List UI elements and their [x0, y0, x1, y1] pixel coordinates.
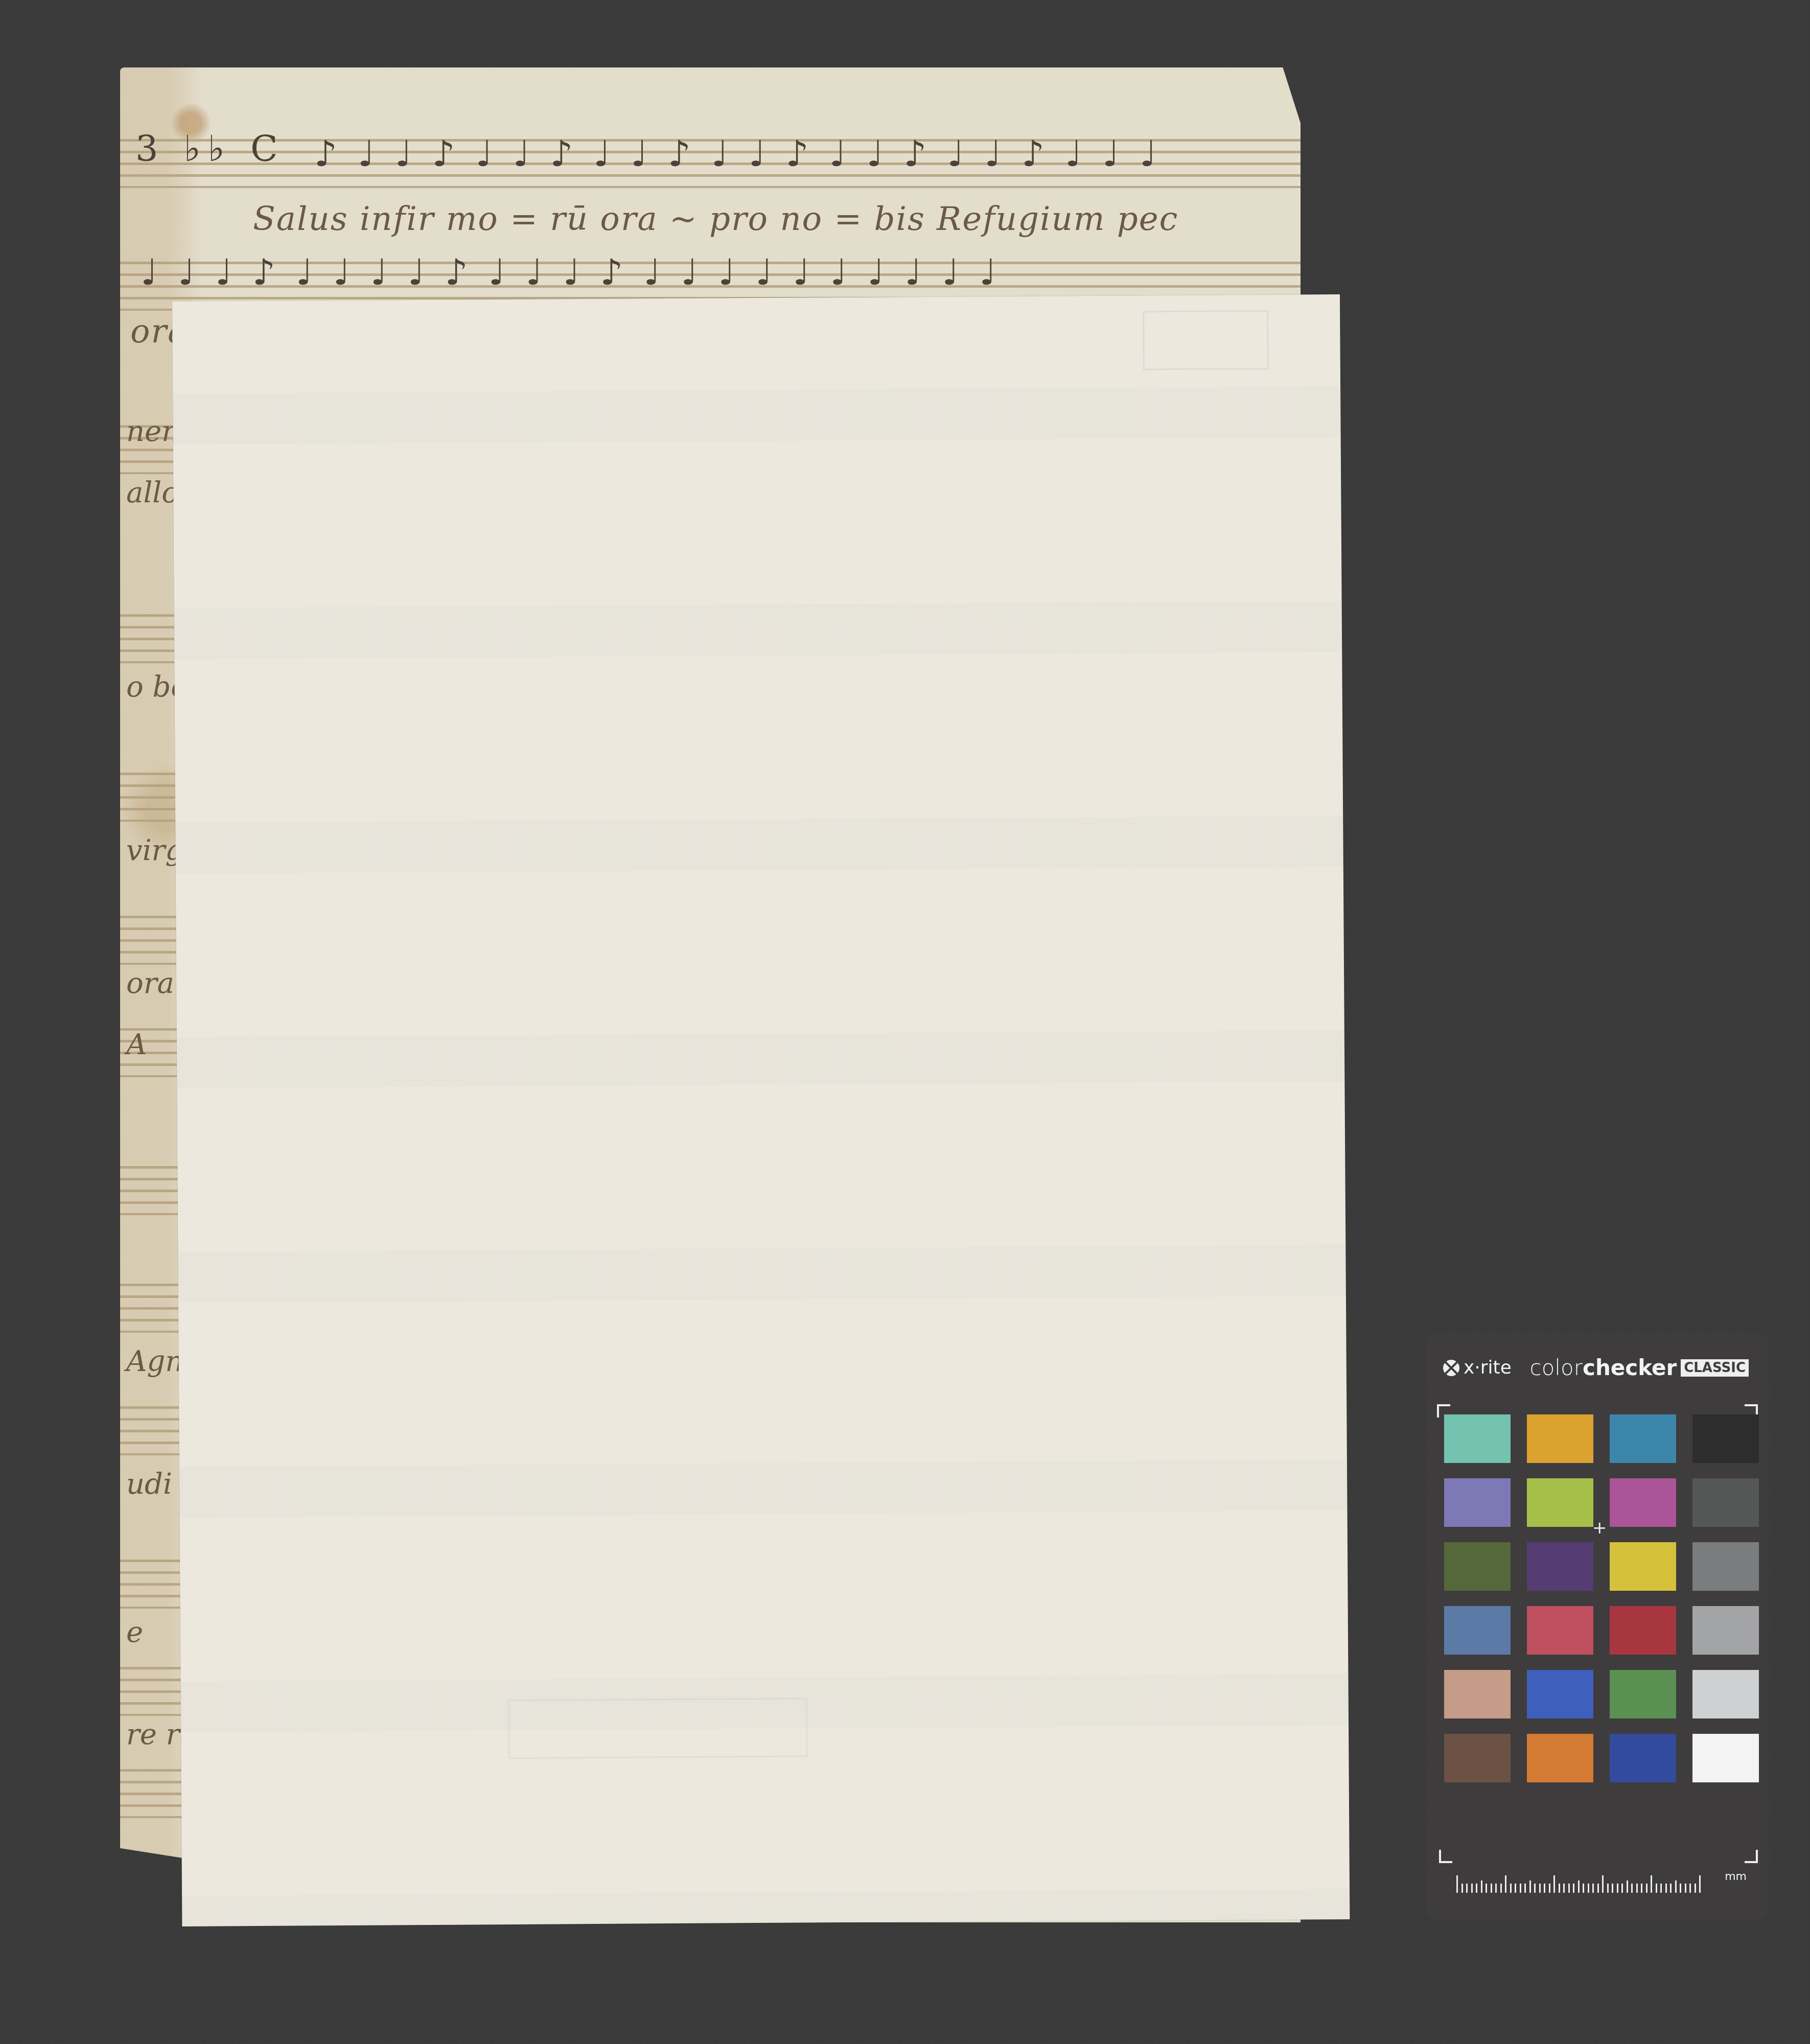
ruler-tick [1544, 1884, 1545, 1893]
ruler-tick [1651, 1875, 1652, 1893]
corner-mark-icon [1439, 1850, 1452, 1863]
ruler-tick [1491, 1884, 1492, 1893]
brand-logo: x·rite [1443, 1357, 1512, 1378]
ruler-unit: mm [1725, 1870, 1747, 1883]
color-patch-foliage [1444, 1542, 1511, 1591]
note-row: ♪♩♩♪♩♩♪♩♩♪♩♩♪♩♩♪♩♩♪♩♩♩ [314, 133, 1177, 175]
ruler-tick [1602, 1875, 1604, 1893]
product-name-light: color [1530, 1355, 1583, 1380]
ruler-tick [1559, 1884, 1560, 1893]
ruler-tick [1636, 1884, 1638, 1893]
blank-overlay-sheet [172, 294, 1350, 1926]
ruler-tick [1597, 1884, 1599, 1893]
color-patch-purple [1527, 1542, 1593, 1591]
ruler-tick [1583, 1884, 1584, 1893]
product-badge: CLASSIC [1681, 1359, 1749, 1377]
show-through-stamp [1143, 310, 1269, 370]
color-patch-yellow-green [1527, 1478, 1593, 1527]
color-patch-light-skin [1444, 1670, 1511, 1718]
ruler-tick [1476, 1884, 1477, 1893]
color-patch-black [1692, 1414, 1759, 1463]
ruler-tick [1510, 1884, 1512, 1893]
ruler-tick [1607, 1884, 1609, 1893]
margin-text: A [126, 1028, 147, 1061]
corner-mark-icon [1745, 1850, 1758, 1863]
ruler-tick [1500, 1884, 1502, 1893]
ruler-tick [1685, 1884, 1686, 1893]
color-patch-green [1610, 1670, 1676, 1718]
color-patch-neutral-6.5 [1692, 1606, 1759, 1655]
color-patch-bluish-green [1444, 1414, 1511, 1463]
color-patch-blue-primary [1610, 1734, 1676, 1782]
ruler-tick [1592, 1884, 1594, 1893]
ruler-tick [1670, 1884, 1672, 1893]
ruler-tick [1680, 1884, 1681, 1893]
color-patch-blue [1527, 1670, 1593, 1718]
ruler-tick [1621, 1884, 1623, 1893]
ruler-tick [1495, 1884, 1497, 1893]
ruler-tick [1529, 1880, 1531, 1893]
xrite-logo-icon [1443, 1360, 1459, 1376]
color-patch-red [1610, 1606, 1676, 1655]
color-patch-grid [1444, 1414, 1761, 1782]
ruler-tick [1471, 1884, 1473, 1893]
color-patch-cyan [1610, 1414, 1676, 1463]
product-name-bold: checker [1583, 1355, 1677, 1380]
margin-text: Agn [126, 1345, 183, 1378]
ruler-tick [1505, 1875, 1506, 1893]
ruler-tick [1553, 1875, 1555, 1893]
mm-ruler [1456, 1874, 1701, 1893]
lyrics-line-1: Salus infir mo = rū ora ~ pro no = bis R… [253, 200, 1178, 238]
ruler-tick [1646, 1884, 1647, 1893]
ruler-tick [1466, 1884, 1468, 1893]
note-row: ♩♩♩♪♩♩♩♩♪♩♩♩♪♩♩♩♩♩♩♩♩♩♩ [141, 251, 1016, 293]
ruler-tick [1461, 1884, 1463, 1893]
color-patch-magenta [1610, 1478, 1676, 1527]
color-patch-yellow [1610, 1542, 1676, 1591]
color-patch-neutral-3.5 [1692, 1478, 1759, 1527]
ruler-tick [1515, 1884, 1516, 1893]
product-name: colorchecker CLASSIC [1530, 1355, 1749, 1380]
ruler-tick [1612, 1884, 1613, 1893]
color-patch-moderate-red [1527, 1606, 1593, 1655]
ruler-tick [1631, 1884, 1633, 1893]
ruler-tick [1675, 1880, 1677, 1893]
margin-text: e [126, 1616, 143, 1649]
ruler-tick [1578, 1880, 1580, 1893]
ruler-tick [1617, 1884, 1618, 1893]
crosshair-icon: + [1592, 1518, 1607, 1538]
ruler-tick [1665, 1884, 1667, 1893]
ruler-tick [1520, 1884, 1521, 1893]
show-through-mark [508, 1698, 808, 1759]
ruler-tick [1534, 1884, 1536, 1893]
ruler-tick [1689, 1884, 1691, 1893]
ruler-tick [1588, 1884, 1589, 1893]
margin-text: ora [126, 967, 174, 1000]
ruler-tick [1539, 1884, 1541, 1893]
ruler-tick [1456, 1875, 1458, 1893]
color-patch-blue-flower [1444, 1478, 1511, 1527]
ruler-tick [1573, 1884, 1574, 1893]
ruler-tick [1563, 1884, 1565, 1893]
ruler-tick [1656, 1884, 1657, 1893]
color-patch-neutral-8 [1692, 1670, 1759, 1718]
color-checker-card: x·rite colorchecker CLASSIC + mm [1426, 1333, 1769, 1920]
color-patch-dark-skin [1444, 1734, 1511, 1782]
ruler-tick [1481, 1880, 1482, 1893]
ruler-tick [1695, 1884, 1696, 1893]
color-patch-orange-yellow [1527, 1414, 1593, 1463]
clef-signature: 3 ♭♭ C [135, 128, 285, 170]
brand-name: x·rite [1464, 1357, 1512, 1378]
ruler-tick [1699, 1875, 1701, 1893]
ruler-tick [1486, 1884, 1487, 1893]
margin-text: udi [126, 1468, 172, 1501]
ruler-tick [1524, 1884, 1526, 1893]
color-patch-blue-sky [1444, 1606, 1511, 1655]
color-patch-orange [1527, 1734, 1593, 1782]
color-patch-neutral-5 [1692, 1542, 1759, 1591]
color-patch-white [1692, 1734, 1759, 1782]
ruler-tick [1568, 1884, 1570, 1893]
ruler-tick [1549, 1884, 1550, 1893]
ruler-tick [1627, 1880, 1628, 1893]
margin-text: allo [126, 476, 179, 509]
ruler-tick [1641, 1884, 1642, 1893]
ruler-tick [1660, 1884, 1662, 1893]
